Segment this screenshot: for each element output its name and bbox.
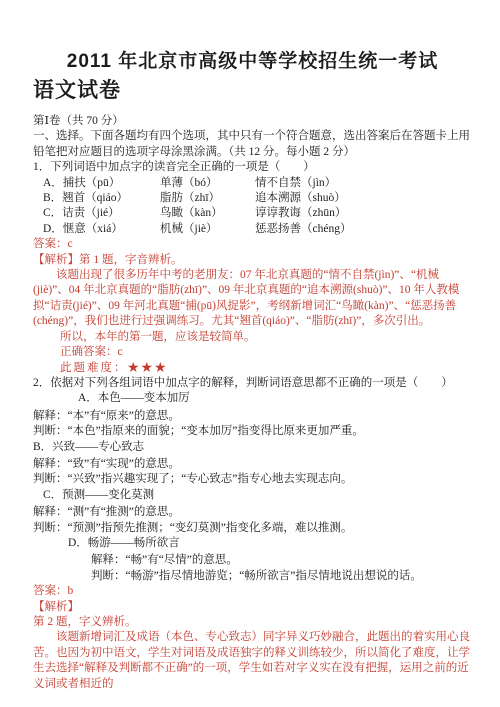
q1-analysis-paragraph: 该题出现了很多历年中考的老朋友：07 年北京真题的“情不自禁(jìn)”、“机械… <box>33 268 472 330</box>
q1-option-d-word3: 惩恶扬善（chéng） <box>255 222 472 237</box>
q2-item-c-head: C．预测——变化莫测 <box>33 488 472 503</box>
q1-option-d-word2: 机械（jiè） <box>160 222 255 237</box>
q2-item-d-head: D．畅游——畅所欲言 <box>33 536 472 551</box>
q1-option-b-word2: 脂肪（zhī） <box>160 191 255 206</box>
q1-analysis-label: 【解析】第 1 题，字音辨析。 <box>33 253 472 268</box>
q2-stem: 2．依据对下列各组词语中加点字的解释，判断词语意思都不正确的一项是（ ） <box>33 376 472 391</box>
q1-option-b-word3: 追本溯源（shuò） <box>255 191 472 206</box>
q1-option-c-word2: 鸟瞰（kàn） <box>160 206 255 221</box>
q1-option-b-word1: B．翘首（qiáo） <box>43 191 160 206</box>
q2-item-a-head: A．本色——变本加厉 <box>33 391 472 406</box>
paper-subtitle: 语文试卷 <box>33 77 472 105</box>
q1-conclusion-line: 所以，本年的第一题，应该是较简单。 <box>33 330 472 345</box>
q2-analysis-sub-label: 第 2 题，字义辨析。 <box>33 615 472 630</box>
section-heading: 第Ⅰ卷（共 70 分） <box>33 114 472 129</box>
q2-answer-line: 答案：b <box>33 584 472 599</box>
q2-analysis-paragraph: 该题新增词汇及成语（本色、专心致志）同字异义巧妙融合，此题出的着实用心良苦。也因… <box>33 630 472 692</box>
q1-option-a-word1: A．捕扶（pū） <box>43 176 160 191</box>
q2-item-b-head: B．兴致——专心致志 <box>33 440 472 455</box>
q1-option-a-word2: 单薄（bó） <box>160 176 255 191</box>
q1-option-d-word1: D．惬意（xiá） <box>43 222 160 237</box>
q1-option-a-word3: 情不自禁（jìn） <box>255 176 472 191</box>
q2-item-b-explain: 解释：“致”有“实现”的意思。 <box>33 457 472 472</box>
q1-correct-answer-line: 正确答案：c <box>33 345 472 360</box>
q1-stem: 1．下列词语中加点字的读音完全正确的一项是（ ） <box>33 160 472 175</box>
exam-paper-page: 2011 年北京市高级中等学校招生统一考试 语文试卷 第Ⅰ卷（共 70 分） 一… <box>0 0 500 707</box>
q2-item-a-explain: 解释：“本”有“原来”的意思。 <box>33 409 472 424</box>
instructions-text: 一、选择。下面各题均有四个选项，其中只有一个符合题意，选出答案后在答题卡上用铅笔… <box>33 129 472 160</box>
q2-item-b-judge: 判断：“兴致”指兴趣实现了；“专心致志”指专心地去实现志向。 <box>33 472 472 487</box>
q2-analysis-label: 【解析】 <box>33 600 472 615</box>
q1-option-row-c: C．诘责（jié） 鸟瞰（kàn） 谆谆教诲（zhūn） <box>33 206 472 221</box>
q2-item-d-judge: 判断：“畅游”指尽情地游览；“畅所欲言”指尽情地说出想说的话。 <box>33 569 472 584</box>
q1-option-row-b: B．翘首（qiáo） 脂肪（zhī） 追本溯源（shuò） <box>33 191 472 206</box>
q2-item-a-judge: 判断：“本色”指原来的面貌；“变本加厉”指变得比原来更加严重。 <box>33 424 472 439</box>
q1-option-c-word1: C．诘责（jié） <box>43 206 160 221</box>
q2-item-c-explain: 解释：“测”有“推测”的意思。 <box>33 505 472 520</box>
q1-option-c-word3: 谆谆教诲（zhūn） <box>255 206 472 221</box>
q1-answer-line: 答案：c <box>33 237 472 252</box>
q1-option-row-a: A．捕扶（pū） 单薄（bó） 情不自禁（jìn） <box>33 176 472 191</box>
q2-item-d-explain: 解释：“畅”有“尽情”的意思。 <box>33 553 472 568</box>
page-title: 2011 年北京市高级中等学校招生统一考试 <box>33 48 472 75</box>
q1-option-row-d: D．惬意（xiá） 机械（jiè） 惩恶扬善（chéng） <box>33 222 472 237</box>
q1-difficulty-line: 此题难度：★★★ <box>33 361 472 376</box>
q2-item-c-judge: 判断：“预测”指预先推测；“变幻莫测”指变化多端，难以推测。 <box>33 521 472 536</box>
